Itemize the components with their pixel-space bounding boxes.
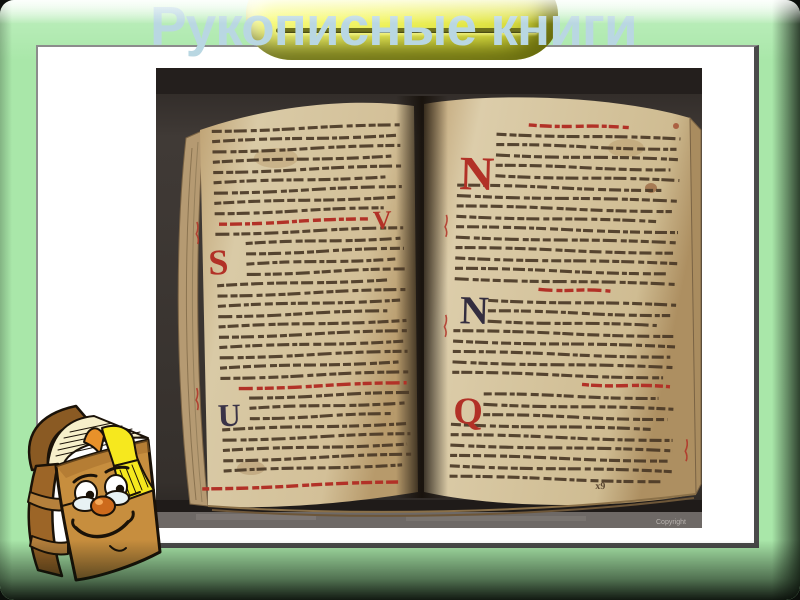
svg-text:x9: x9 xyxy=(595,481,605,492)
slide-title: Рукописные книги xyxy=(150,0,637,58)
manuscript-photo: VSUNNQx9 Copyright xyxy=(156,68,702,528)
svg-text:Q: Q xyxy=(453,390,484,433)
presentation-slide: Рукописные книги xyxy=(0,0,800,600)
copyright-watermark: Copyright xyxy=(656,519,686,526)
svg-text:S: S xyxy=(208,242,229,283)
svg-text:U: U xyxy=(217,397,241,434)
svg-text:N: N xyxy=(459,147,495,201)
mascot-nose xyxy=(91,497,115,516)
svg-text:V: V xyxy=(372,205,392,235)
book-mascot xyxy=(2,396,172,586)
svg-text:N: N xyxy=(459,287,489,333)
mascot-ribbon xyxy=(84,428,104,454)
